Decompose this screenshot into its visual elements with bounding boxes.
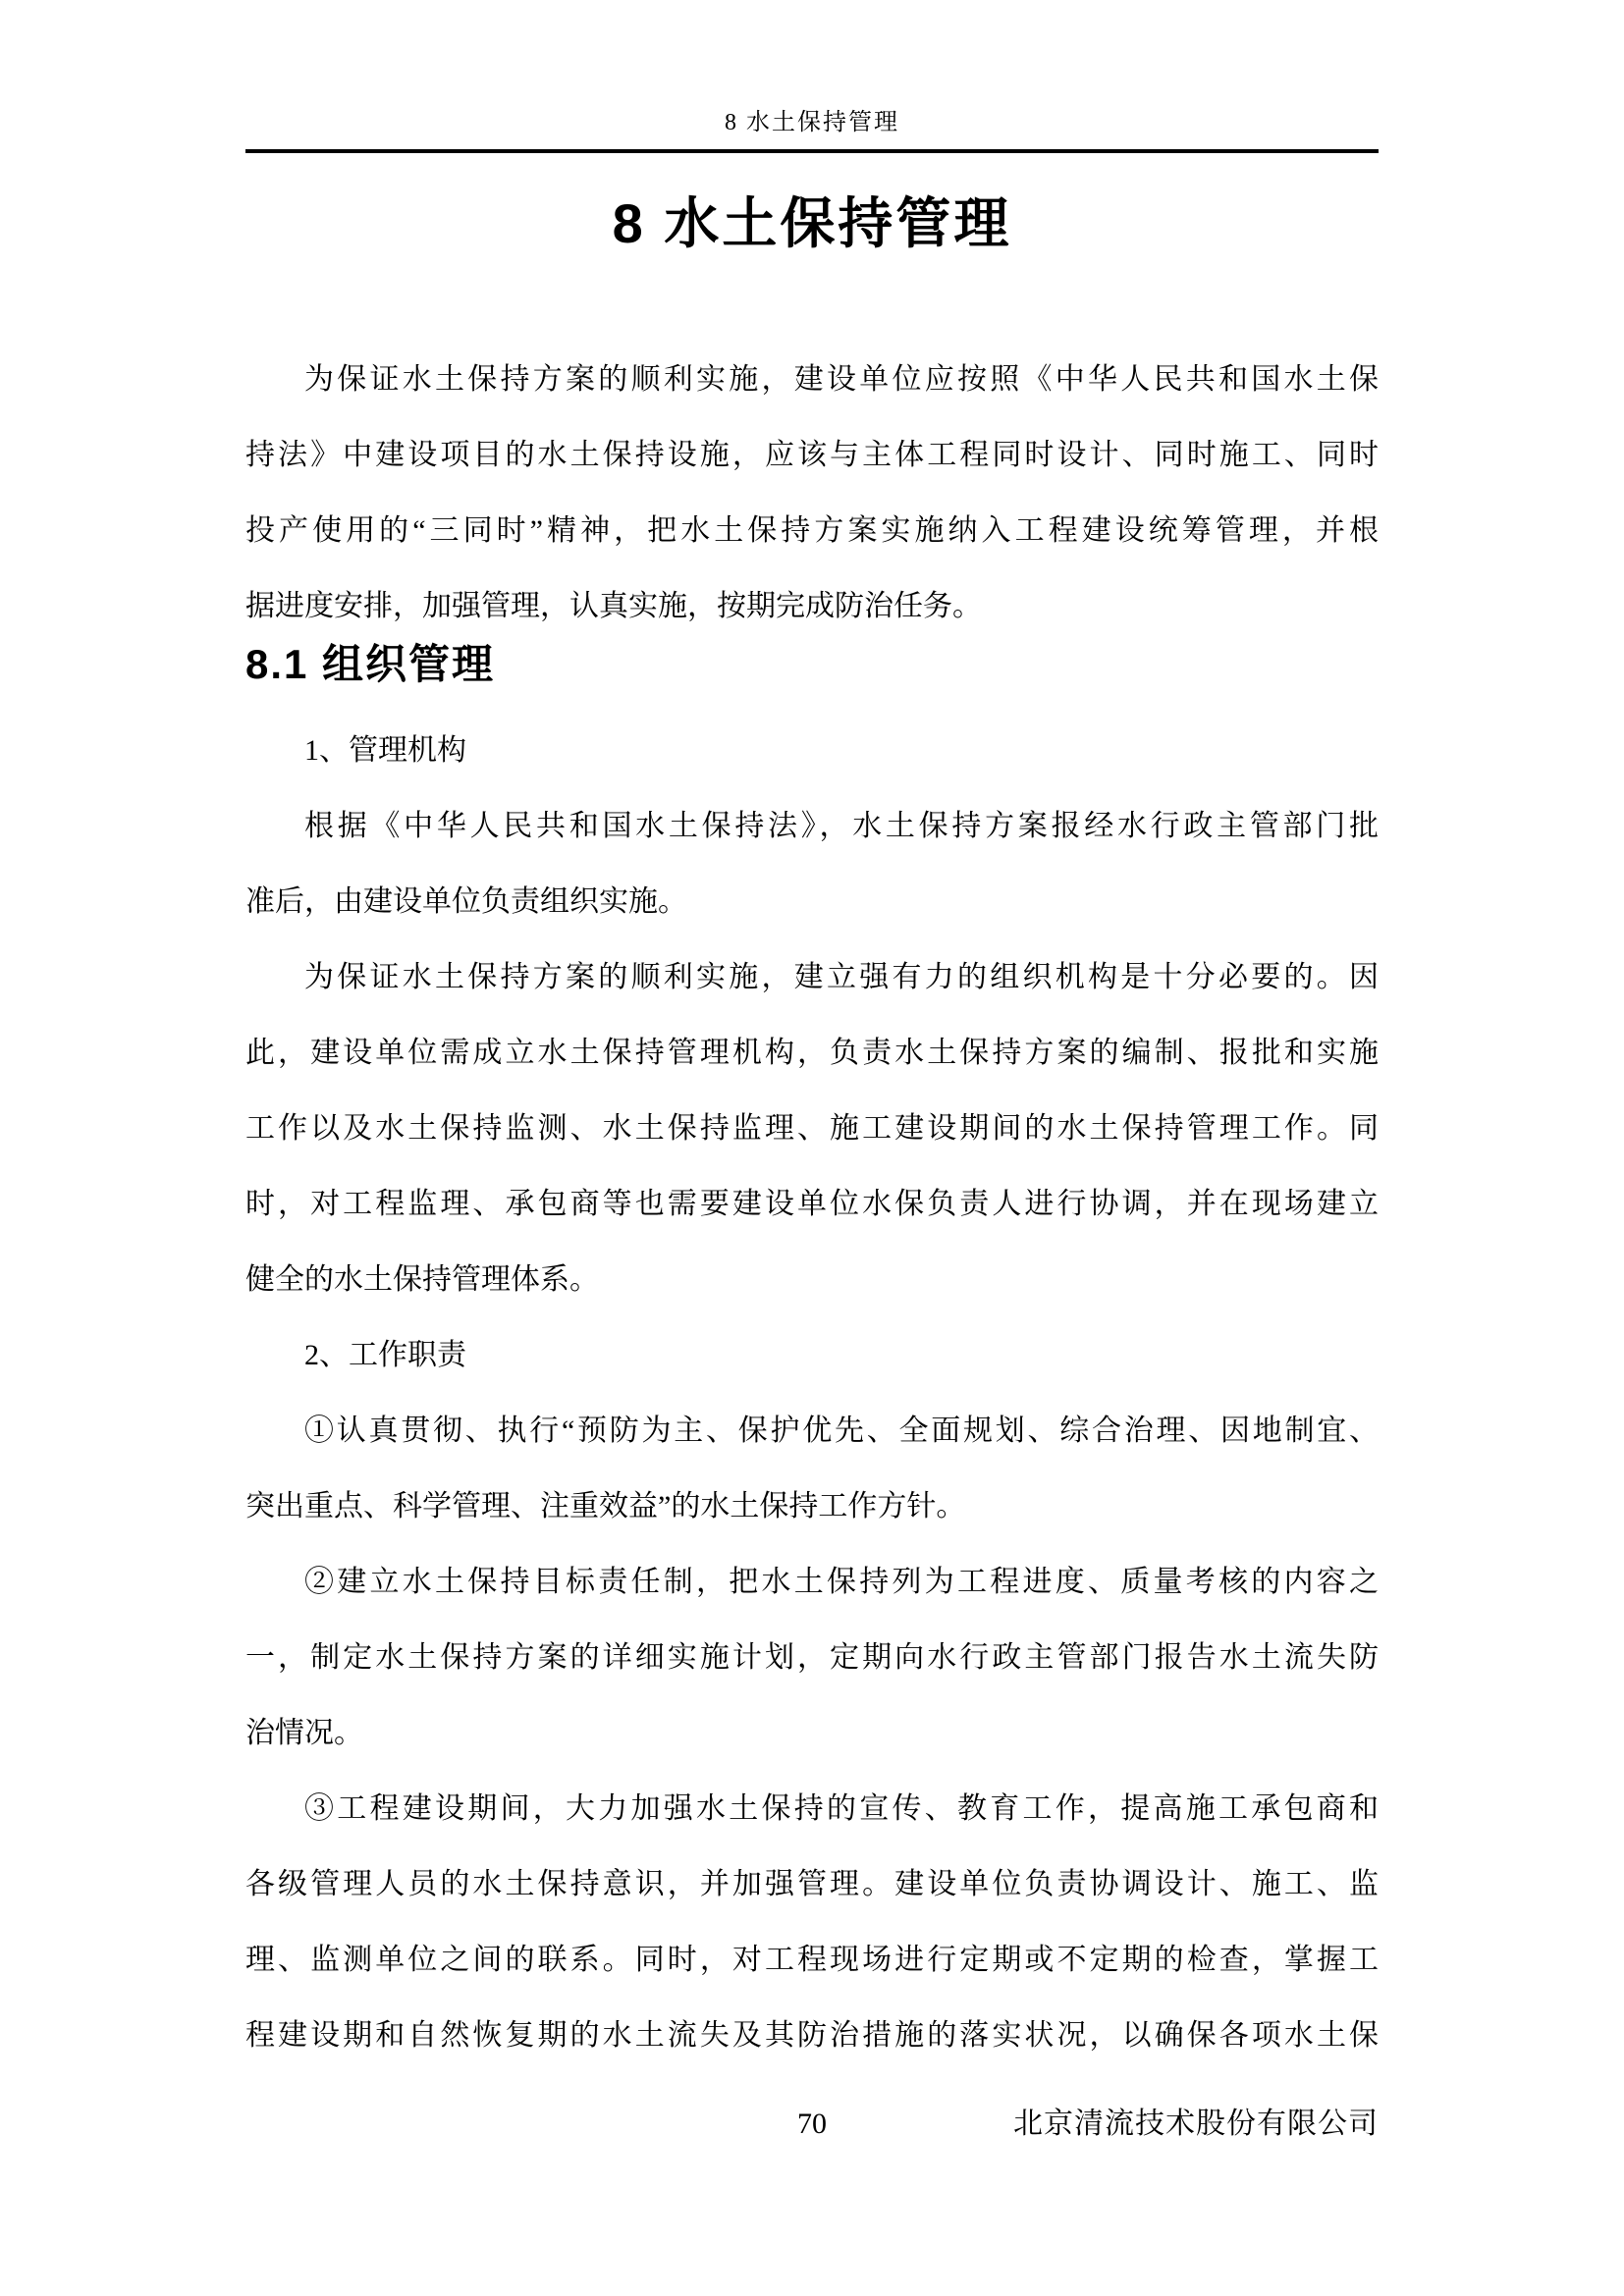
- paragraph-duty-2: ②建立水土保持目标责任制，把水土保持列为工程进度、质量考核的内容之一，制定水土保…: [245, 1544, 1379, 1771]
- text-line: 一，制定水土保持方案的详细实施计划，定期向水行政主管部门报告水土流失防: [245, 1620, 1379, 1695]
- text-line: 为保证水土保持方案的顺利实施，建立强有力的组织机构是十分必要的。因: [245, 939, 1379, 1015]
- paragraph-legal-basis: 根据《中华人民共和国水土保持法》，水土保持方案报经水行政主管部门批准后，由建设单…: [245, 788, 1379, 939]
- text-line: 健全的水土保持管理体系。: [245, 1242, 1379, 1317]
- text-line: 突出重点、科学管理、注重效益”的水土保持工作方针。: [245, 1468, 1379, 1544]
- document-body: 为保证水土保持方案的顺利实施，建设单位应按照《中华人民共和国水土保持法》中建设项…: [245, 342, 1379, 2073]
- text-line: 根据《中华人民共和国水土保持法》，水土保持方案报经水行政主管部门批: [245, 788, 1379, 864]
- document-page: 8 水土保持管理 8 水土保持管理 为保证水土保持方案的顺利实施，建设单位应按照…: [0, 0, 1624, 2296]
- text-line: 持法》中建设项目的水土保持设施，应该与主体工程同时设计、同时施工、同时: [245, 417, 1379, 493]
- text-line: 此，建设单位需成立水土保持管理机构，负责水土保持方案的编制、报批和实施: [245, 1015, 1379, 1091]
- intro-paragraph: 为保证水土保持方案的顺利实施，建设单位应按照《中华人民共和国水土保持法》中建设项…: [245, 342, 1379, 644]
- page-footer: 70 北京清流技术股份有限公司: [245, 2103, 1379, 2146]
- running-header: 8 水土保持管理: [245, 108, 1379, 137]
- paragraph-org-necessity: 为保证水土保持方案的顺利实施，建立强有力的组织机构是十分必要的。因此，建设单位需…: [245, 939, 1379, 1317]
- text-line: 准后，由建设单位负责组织实施。: [245, 864, 1379, 939]
- footer-company-name: 北京清流技术股份有限公司: [1013, 2103, 1379, 2146]
- text-line: 治情况。: [245, 1695, 1379, 1771]
- text-line: ①认真贯彻、执行“预防为主、保护优先、全面规划、综合治理、因地制宜、: [245, 1393, 1379, 1468]
- text-line: 程建设期和自然恢复期的水土流失及其防治措施的落实状况，以确保各项水土保: [245, 1998, 1379, 2073]
- paragraph-duty-3: ③工程建设期间，大力加强水土保持的宣传、教育工作，提高施工承包商和各级管理人员的…: [245, 1771, 1379, 2073]
- text-line: ③工程建设期间，大力加强水土保持的宣传、教育工作，提高施工承包商和: [245, 1771, 1379, 1846]
- chapter-title: 8 水土保持管理: [0, 188, 1624, 259]
- text-line: 工作以及水土保持监测、水土保持监理、施工建设期间的水土保持管理工作。同: [245, 1091, 1379, 1166]
- text-line: 各级管理人员的水土保持意识，并加强管理。建设单位负责协调设计、施工、监: [245, 1846, 1379, 1922]
- text-line: 为保证水土保持方案的顺利实施，建设单位应按照《中华人民共和国水土保: [245, 342, 1379, 417]
- text-line: 理、监测单位之间的联系。同时，对工程现场进行定期或不定期的检查，掌握工: [245, 1922, 1379, 1998]
- subheading-work-duties: 2、工作职责: [245, 1317, 1379, 1393]
- text-line: 投产使用的“三同时”精神，把水土保持方案实施纳入工程建设统筹管理，并根: [245, 493, 1379, 568]
- subheading-management-org: 1、管理机构: [245, 713, 1379, 788]
- paragraph-duty-1: ①认真贯彻、执行“预防为主、保护优先、全面规划、综合治理、因地制宜、突出重点、科…: [245, 1393, 1379, 1544]
- text-line: 1、管理机构: [245, 713, 1379, 788]
- text-line: 2、工作职责: [245, 1317, 1379, 1393]
- text-line: 时，对工程监理、承包商等也需要建设单位水保负责人进行协调，并在现场建立: [245, 1166, 1379, 1242]
- text-line: ②建立水土保持目标责任制，把水土保持列为工程进度、质量考核的内容之: [245, 1544, 1379, 1620]
- header-rule: [245, 149, 1379, 153]
